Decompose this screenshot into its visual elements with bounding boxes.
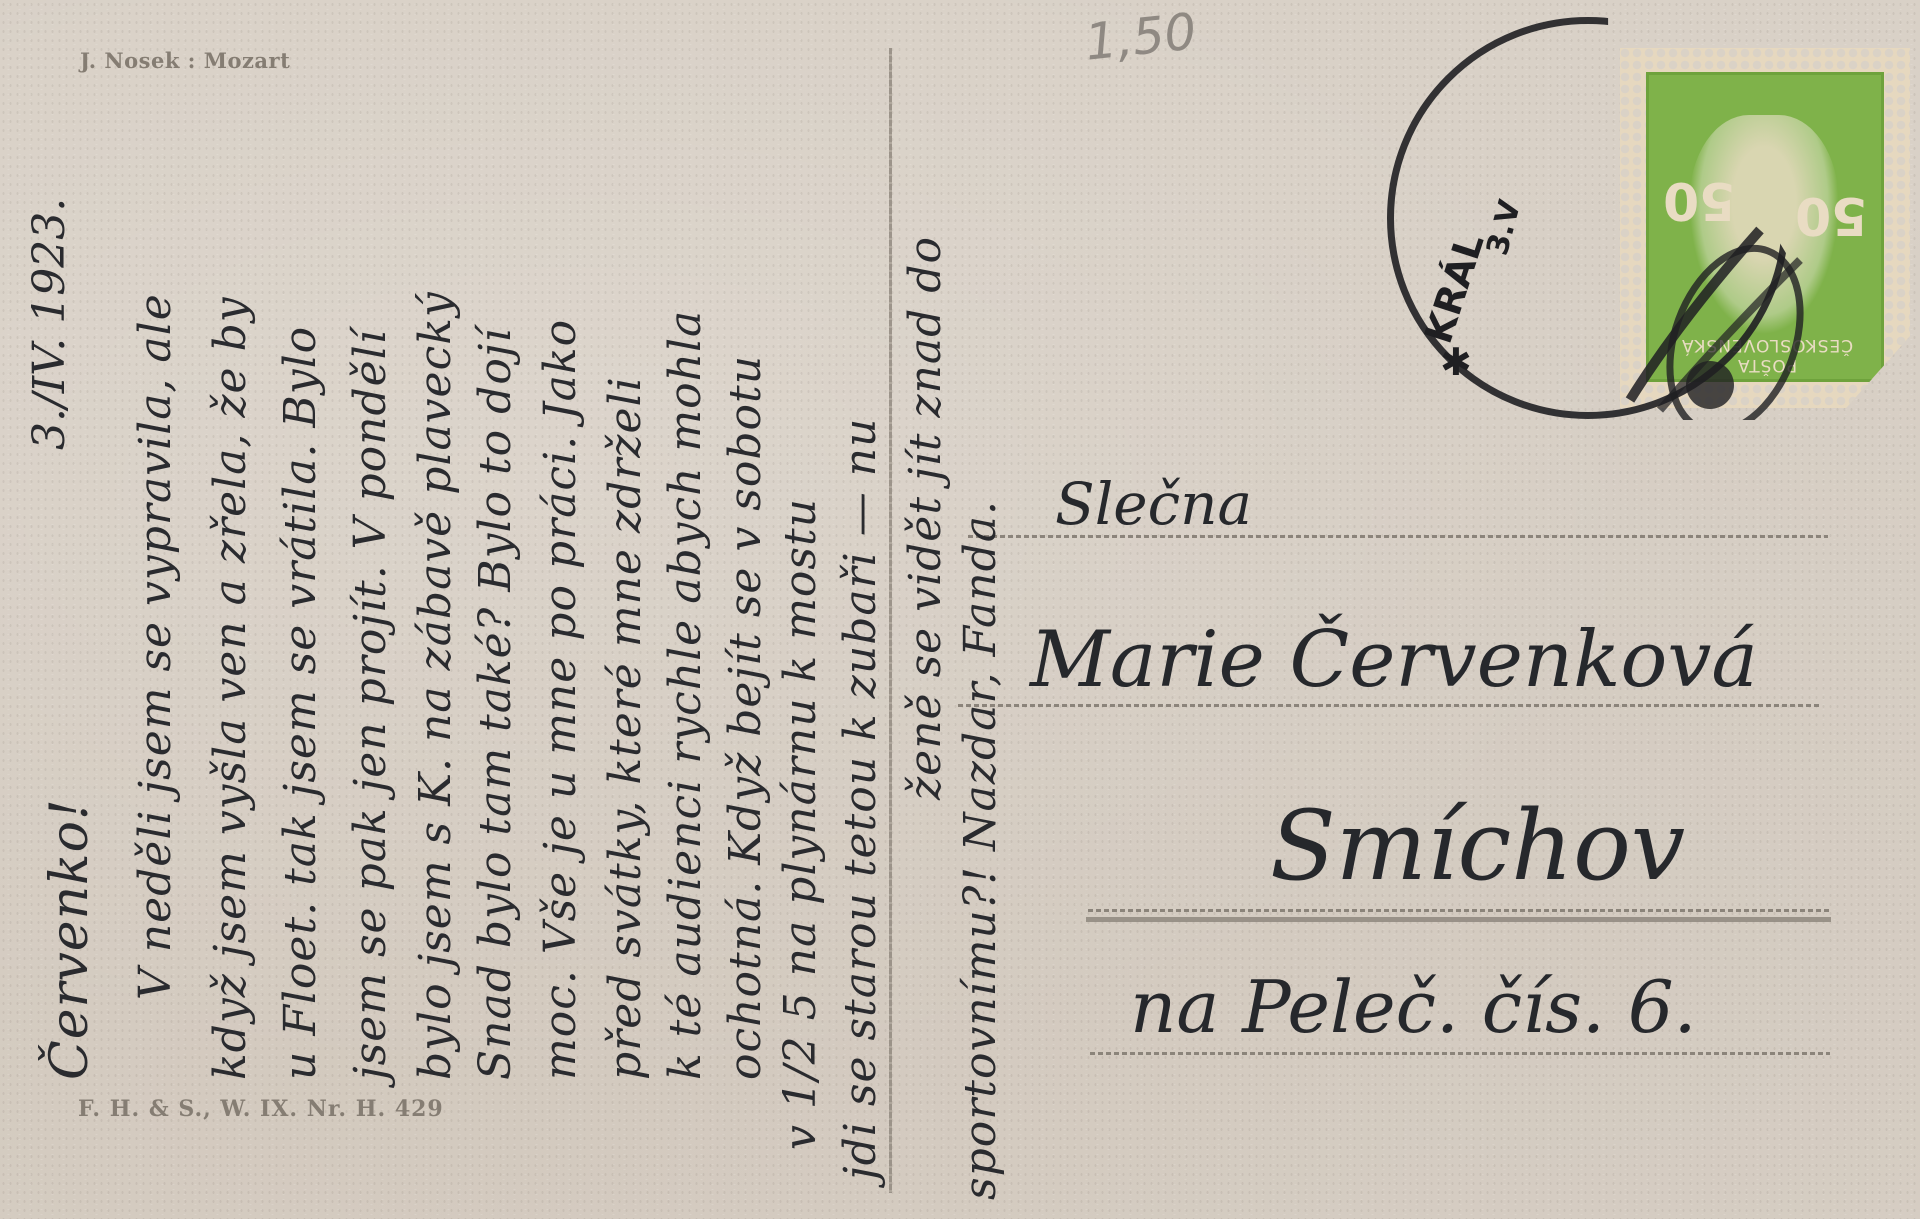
- message-line: v 1/2 5 na plynárnu k mostu: [775, 498, 826, 1150]
- message-line: jsem se pak jen projít. V pondělí: [345, 329, 396, 1080]
- message-line: u Floet. tak jsem se vrátila. Bylo: [275, 326, 326, 1080]
- message-line: když jsem vyšla ven a zřela, že by: [205, 296, 256, 1080]
- message-line: Snad bylo tam také? Bylo to dojí: [470, 327, 521, 1080]
- message-line: ženě se vidět jít znad do: [900, 236, 951, 800]
- message-line: V neděli jsem se vypravila, ale: [130, 293, 181, 1000]
- message-line: před svátky, které mne zdrželi: [600, 376, 651, 1080]
- message-line: ochotná. Když bejít se v sobotu: [720, 355, 771, 1080]
- message-line: sportovnímu?! Nazdar, Fanda.: [955, 500, 1006, 1200]
- message-line: bylo jsem s K. na zábavě plavecký: [410, 291, 461, 1080]
- message-greeting: Červenko!: [40, 798, 100, 1080]
- message-line: k té audienci rychle abych mohla: [660, 310, 711, 1080]
- handwritten-message: 3./IV. 1923. Červenko! V neděli jsem se …: [0, 0, 1920, 1219]
- postcard-back: J. Nosek : Mozart F. H. & S., W. IX. Nr.…: [0, 0, 1920, 1219]
- message-line: jdi se starou tetou k zubaři — nu: [835, 418, 886, 1180]
- message-date: 3./IV. 1923.: [24, 198, 75, 450]
- message-line: moc. Vše je u mne po práci. Jako: [535, 319, 586, 1080]
